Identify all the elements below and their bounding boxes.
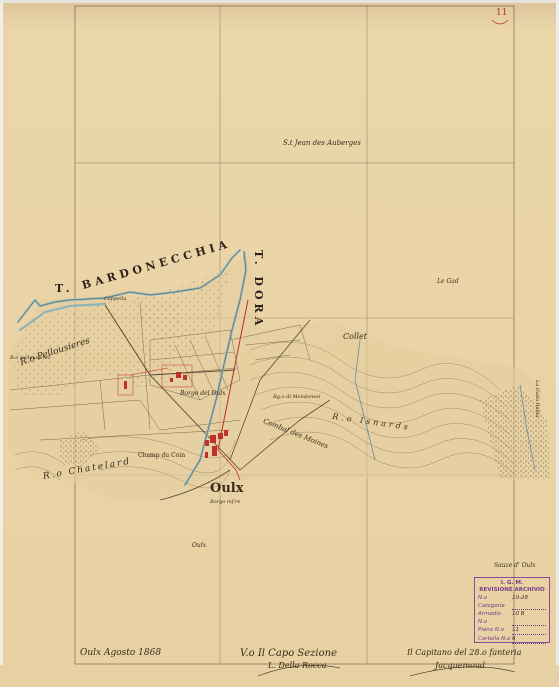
- map-sheet: 11 S.t Jean des Auberges T. BARDONECCHIA…: [0, 0, 559, 687]
- stamp-row: Armadio N.o10 B: [478, 610, 546, 626]
- label-t: T.: [55, 282, 74, 295]
- stamp-title-2: REVISIONE ARCHIVIO: [478, 587, 546, 594]
- label-oulx: Oulx: [210, 481, 243, 496]
- footer-capitano: Il Capitano del 28.o fanteria: [407, 648, 521, 657]
- label-sauze: Sauze d' Oulx: [494, 562, 536, 569]
- footer-capo-signature: L. Della Rocca: [268, 661, 327, 670]
- footer-capitano-signature: Jacquemoud: [435, 661, 485, 670]
- archive-stamp: I. G. M. REVISIONE ARCHIVIO N.o Categori…: [474, 577, 550, 643]
- stamp-row: N.o Categoria10-28: [478, 594, 546, 610]
- label-cappella: Cappella: [104, 296, 126, 302]
- label-collet: Collet: [343, 332, 367, 341]
- label-oulx-lower: Oulx: [192, 542, 206, 549]
- label-le-gad: Le Gad: [437, 278, 459, 285]
- label-t-dora: T. DORA: [252, 250, 265, 329]
- label-champ-du-coin: Champ du Coin: [138, 452, 185, 459]
- label-borgo-oulx: Borgo del Oulx: [180, 390, 226, 397]
- sheet-number: 11: [496, 8, 507, 18]
- stamp-row: Piano N.o11: [478, 626, 546, 635]
- footer-place-date: Oulx Agosto 1868: [80, 648, 161, 658]
- label-st-jean: S.t Jean des Auberges: [283, 139, 361, 147]
- label-fondo: Rg.o di Mondonesi: [273, 394, 320, 400]
- footer-capo-sezione: V.o Il Capo Sezione: [240, 648, 337, 659]
- label-la-gada: La Gada Rubia: [534, 380, 540, 417]
- label-borgo-inf: Borgo inf.re: [210, 499, 240, 505]
- stamp-title-1: I. G. M.: [478, 580, 546, 587]
- stamp-row: Cartella N.o6: [478, 635, 546, 644]
